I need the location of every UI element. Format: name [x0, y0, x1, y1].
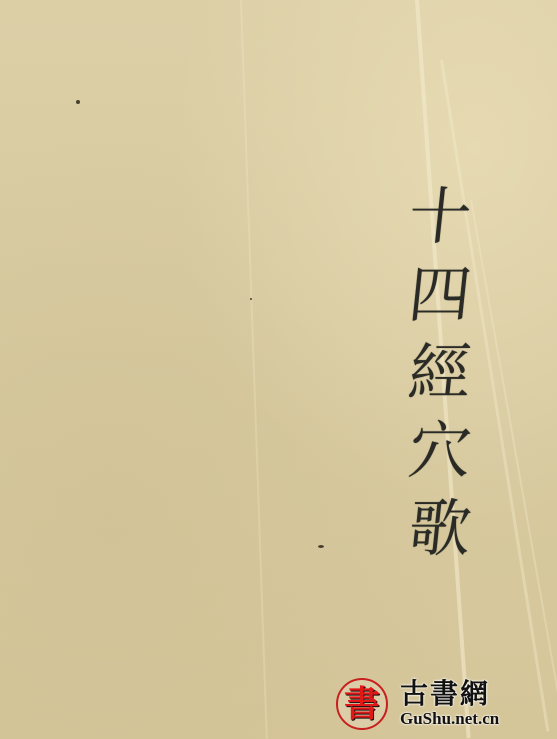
scanned-page: 十 四 經 穴 歌 書 古書網 GuShu.net.cn: [0, 0, 557, 739]
paper-speck: [250, 298, 252, 300]
title-char-4: 穴: [405, 412, 475, 490]
watermark-text: 古書網 GuShu.net.cn: [400, 679, 499, 729]
watermark-url: GuShu.net.cn: [400, 709, 499, 729]
title-char-5: 歌: [405, 490, 475, 568]
seal-logo-icon: 書: [336, 678, 388, 730]
title-char-1: 十: [405, 178, 475, 256]
title-char-3: 經: [405, 334, 475, 412]
paper-crease: [240, 0, 268, 739]
paper-speck: [318, 545, 324, 548]
seal-char: 書: [344, 686, 380, 722]
watermark-site-name: 古書網: [400, 679, 490, 709]
site-watermark: 書 古書網 GuShu.net.cn: [336, 675, 551, 733]
title-char-2: 四: [405, 256, 475, 334]
paper-speck: [76, 100, 80, 104]
vertical-title: 十 四 經 穴 歌: [395, 178, 485, 568]
